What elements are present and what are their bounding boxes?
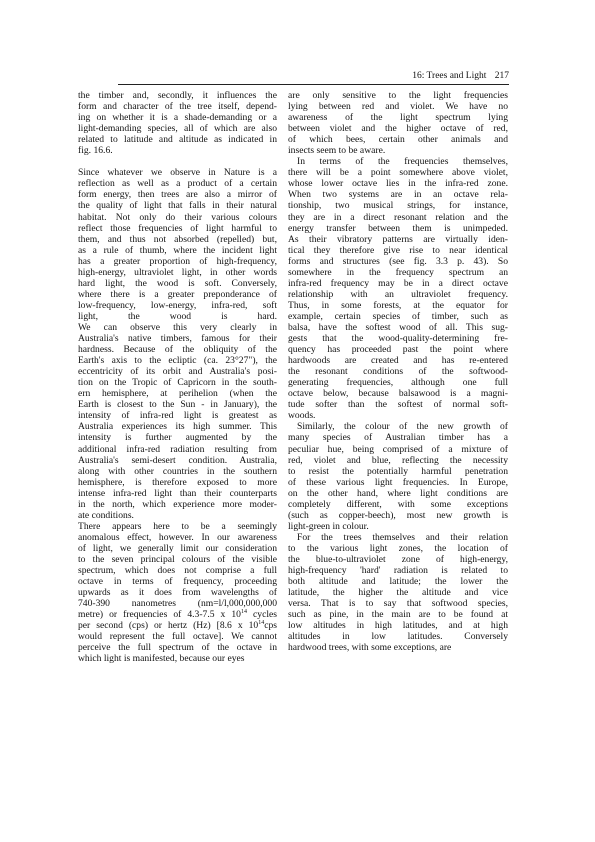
text-line: fig. 16.6. [78, 145, 277, 156]
text-line: quency has proceeded past the point wher… [288, 344, 508, 355]
text-line: ate conditions. [78, 510, 277, 521]
text-line: Similarly, the colour of the new growth … [288, 421, 508, 432]
text-line: Australia experiences its high summer. T… [78, 421, 277, 432]
text-line: completely different, with some exceptio… [288, 499, 508, 510]
text-line: balsa, have the softest wood of all. Thi… [288, 322, 508, 333]
text-line: the timber and, secondly, it influences … [78, 90, 277, 101]
text-line: light-demanding species, all of which ar… [78, 123, 277, 134]
text-line: high-energy, ultraviolet light, in other… [78, 267, 277, 278]
text-line: tical they therefore give rise to near i… [288, 245, 508, 256]
text-line: In terms of the frequencies themselves, [288, 156, 508, 167]
text-line: For the trees themselves and their relat… [288, 532, 508, 543]
text-line: the blue-to-ultraviolet zone of high-ene… [288, 554, 508, 565]
text-line: where there is a greater preponderance o… [78, 289, 277, 300]
text-line: (such as copper-beech), most new growth … [288, 510, 508, 521]
text-line: in the north, which experience more mode… [78, 499, 277, 510]
text-line: altitudes in low latitudes. Conversely [288, 631, 508, 642]
text-line: anomalous effect, however. In our awaren… [78, 532, 277, 543]
text-line: versa. That is to say that softwood spec… [288, 598, 508, 609]
text-line: Earth is closest to the Sun - in January… [78, 399, 277, 410]
text-line: Australia's semi-desert condition. Austr… [78, 455, 277, 466]
text-line: of which bees, certain other animals and [288, 134, 508, 145]
text-line: perceive the full spectrum of the octave… [78, 642, 277, 653]
text-line: such as pine, in the main are to be foun… [288, 609, 508, 620]
book-page: 16: Trees and Light 217 the timber and, … [0, 0, 595, 842]
text-line: intensity is further augmented by the [78, 432, 277, 443]
text-line: Thus, in some forests, at the equator fo… [288, 300, 508, 311]
text-line: metre) or frequencies of 4.3-7.5 x 1014 … [78, 609, 277, 620]
text-line: Since whatever we observe in Nature is a [78, 167, 277, 178]
text-line: light-green in colour. [288, 521, 508, 532]
page-number: 217 [495, 71, 509, 81]
text-line: upwards as it does from wavelengths of [78, 587, 277, 598]
text-line: per second (cps) or hertz (Hz) [8.6 x 10… [78, 620, 277, 631]
text-line: When two systems are in an octave rela- [288, 189, 508, 200]
text-line: to the various light zones, the location… [288, 543, 508, 554]
running-header: 16: Trees and Light 217 [118, 71, 509, 85]
left-text-column: the timber and, secondly, it influences … [78, 90, 277, 664]
text-line: the quality of light that falls in their… [78, 200, 277, 211]
paragraph: There appears here to be a seeminglyanom… [78, 521, 277, 665]
text-line: between violet and the higher octave of … [288, 123, 508, 134]
text-line: insects seem to be aware. [288, 145, 508, 156]
text-line: peculiar hue, being comprised of a mixtu… [288, 444, 508, 455]
text-line: eccentricity of its orbit and Australia'… [78, 366, 277, 377]
text-line: gests that the wood-quality-determining … [288, 333, 508, 344]
text-line: form energy, then trees are also a mirro… [78, 189, 277, 200]
text-line: on the other hand, where light condition… [288, 488, 508, 499]
text-line: to resist the potentially harmful penetr… [288, 466, 508, 477]
chapter-title: 16: Trees and Light [412, 71, 486, 81]
text-line: reflect those frequencies of light harmf… [78, 223, 277, 234]
text-line: high-frequency 'hard' radiation is relat… [288, 565, 508, 576]
text-line: light, the wood is hard. [78, 311, 277, 322]
text-line: low-frequency, low-energy, infra-red, so… [78, 300, 277, 311]
paragraph: In terms of the frequencies themselves,t… [288, 156, 508, 421]
text-line: tionship, two musical strings, for insta… [288, 200, 508, 211]
text-line: as a rule of thumb, where the incident l… [78, 245, 277, 256]
text-line: form and character of the tree itself, d… [78, 101, 277, 112]
text-line: whose lower octave lies in the infra-red… [288, 178, 508, 189]
text-line: both altitude and latitude; the lower th… [288, 576, 508, 587]
right-text-column: are only sensitive to the light frequenc… [288, 90, 508, 653]
text-line: the resonant conditions of the softwood- [288, 366, 508, 377]
text-line: hardness. Because of the obliquity of th… [78, 344, 277, 355]
text-line: forms and structures (see fig. 3.3 p. 43… [288, 256, 508, 267]
text-line: they are in a direct resonant relation a… [288, 212, 508, 223]
text-line: hard light, the wood is soft. Conversely… [78, 278, 277, 289]
text-line: infra-red frequency may be in a direct o… [288, 278, 508, 289]
text-line: We can observe this very clearly in [78, 322, 277, 333]
paragraph: are only sensitive to the light frequenc… [288, 90, 508, 156]
text-line: hardwood trees, with some exceptions, ar… [288, 642, 508, 653]
text-line: reflection as well as a product of a cer… [78, 178, 277, 189]
text-line: generating frequencies, although one ful… [288, 377, 508, 388]
text-line: energy transfer between them is unimpede… [288, 223, 508, 234]
text-line: woods. [288, 410, 508, 421]
superscript: 14 [258, 620, 264, 626]
text-line: intensity of infra-red light is greatest… [78, 410, 277, 421]
text-line: Australia's native timbers, famous for t… [78, 333, 277, 344]
paragraph: Since whatever we observe in Nature is a… [78, 167, 277, 521]
text-line: Earth's axis to the ecliptic (ca. 23°27"… [78, 355, 277, 366]
text-line: red, violet and blue, reflecting the nec… [288, 455, 508, 466]
text-line: There appears here to be a seemingly [78, 521, 277, 532]
text-line: somewhere in the frequency spectrum an [288, 267, 508, 278]
text-line: of light, we generally limit our conside… [78, 543, 277, 554]
paragraph: Similarly, the colour of the new growth … [288, 421, 508, 531]
text-line: many species of Australian timber has a [288, 432, 508, 443]
text-line: related to latitude and altitude as indi… [78, 134, 277, 145]
text-line: relationship with an ultraviolet frequen… [288, 289, 508, 300]
text-line: along with other countries in the southe… [78, 466, 277, 477]
text-line: which light is manifested, because our e… [78, 653, 277, 664]
text-line: of these various light frequencies. In E… [288, 477, 508, 488]
paragraph: the timber and, secondly, it influences … [78, 90, 277, 156]
text-line: 740-390 nanometres (nm=l/l,000,000,000 [78, 598, 277, 609]
text-line: hemisphere, is therefore exposed to more [78, 477, 277, 488]
text-line: As their vibratory patterns are virtuall… [288, 234, 508, 245]
text-line: additional infra-red radiation resulting… [78, 444, 277, 455]
text-line: tude softer than the softest of normal s… [288, 399, 508, 410]
paragraph: For the trees themselves and their relat… [288, 532, 508, 654]
text-line: octave below, because balsawood is a mag… [288, 388, 508, 399]
text-line: awareness of the light spectrum lying [288, 112, 508, 123]
text-line: lying between red and violet. We have no [288, 101, 508, 112]
text-line: intense infra-red light than their count… [78, 488, 277, 499]
text-line: ern hemisphere, at perihelion (when the [78, 388, 277, 399]
text-line: them, and thus not absorbed (repelled) b… [78, 234, 277, 245]
text-line: has a greater proportion of high-frequen… [78, 256, 277, 267]
text-line: to the seven principal colours of the vi… [78, 554, 277, 565]
text-line: would represent the full octave]. We can… [78, 631, 277, 642]
text-line: ing on whether it is a shade-demanding o… [78, 112, 277, 123]
text-line: latitude, the higher the altitude and vi… [288, 587, 508, 598]
text-line: low altitudes in high latitudes, and at … [288, 620, 508, 631]
text-line: tion on the Tropic of Capricorn in the s… [78, 377, 277, 388]
paragraph-spacer [78, 156, 277, 167]
text-line: there will be a point somewhere above vi… [288, 167, 508, 178]
text-line: habitat. Not only do their various colou… [78, 212, 277, 223]
text-line: octave in terms of frequency, proceeding [78, 576, 277, 587]
superscript: 14 [241, 609, 247, 615]
text-line: example, certain species of timber, such… [288, 311, 508, 322]
text-line: hardwoods are created and has re-entered [288, 355, 508, 366]
text-line: are only sensitive to the light frequenc… [288, 90, 508, 101]
text-line: spectrum, which does not comprise a full [78, 565, 277, 576]
